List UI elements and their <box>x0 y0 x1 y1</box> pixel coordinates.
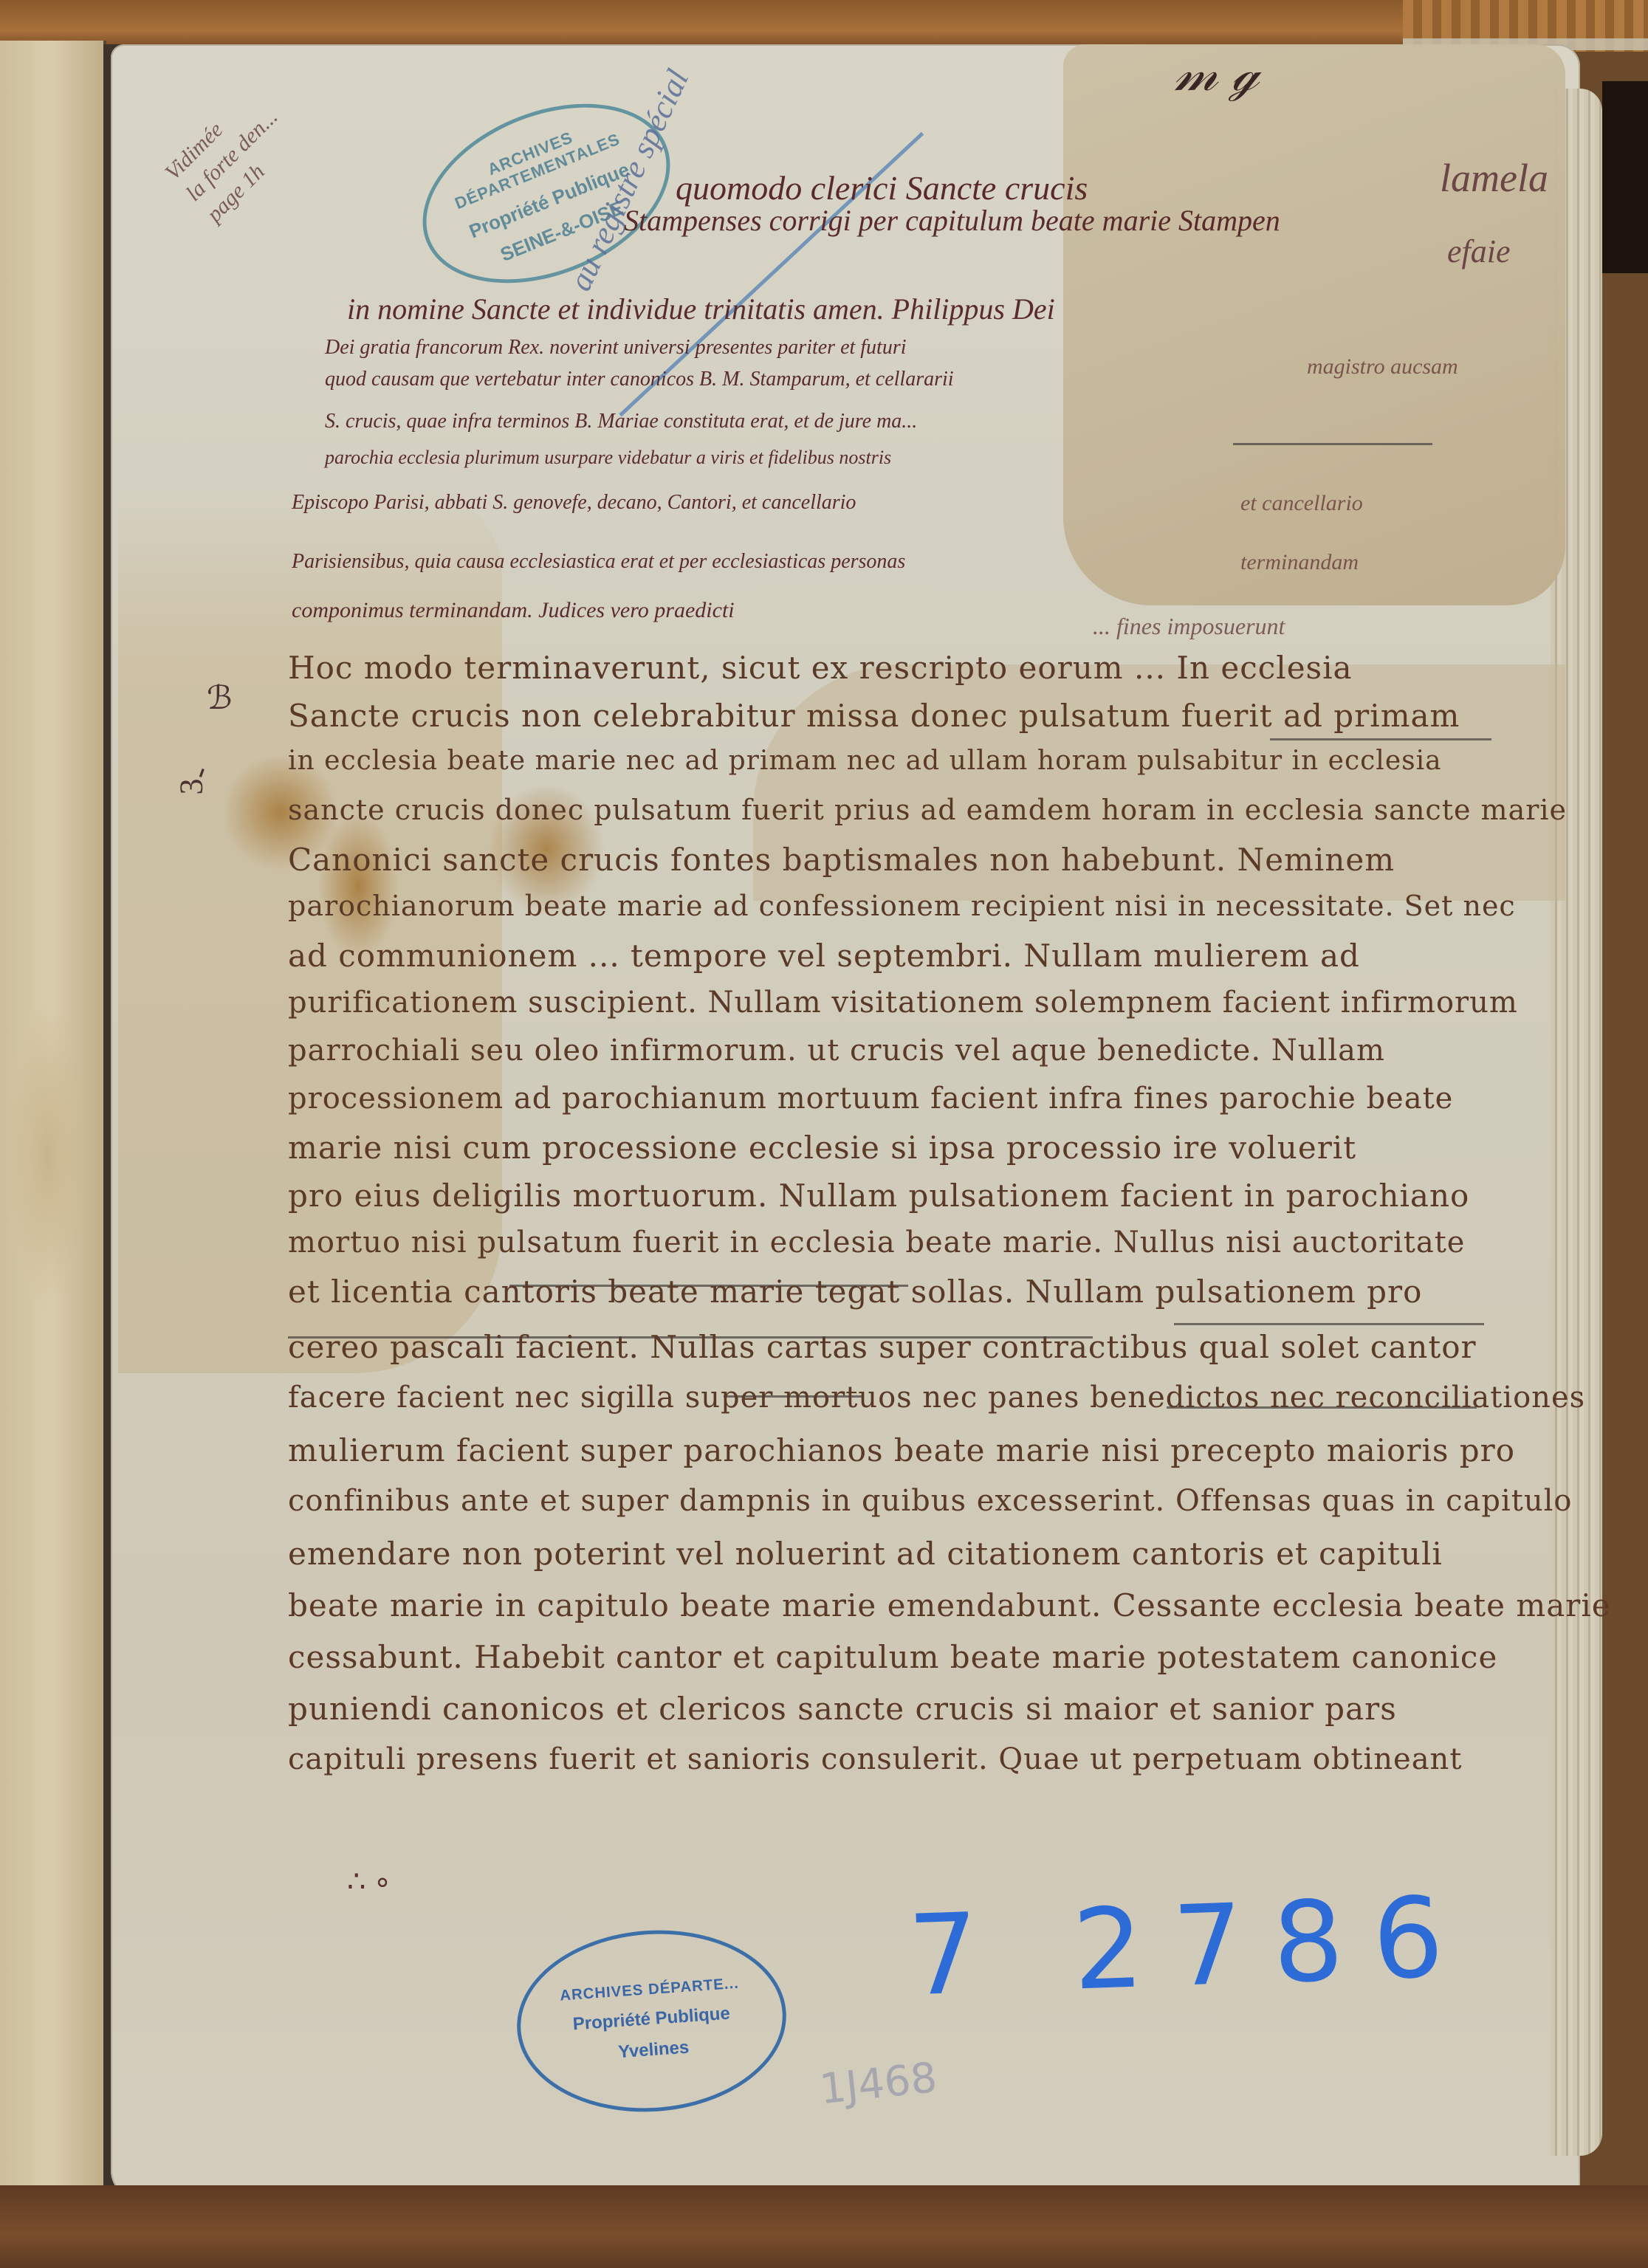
copy-text-line: parochia ecclesia plurimum usurpare vide… <box>325 447 891 469</box>
manuscript-line: puniendi canonicos et clericos sancte cr… <box>288 1691 1397 1727</box>
copy-text-line: Dei gratia francorum Rex. noverint unive… <box>325 336 907 360</box>
copy-fragment: magistro aucsam <box>1307 354 1458 379</box>
manuscript-line: marie nisi cum processione ecclesie si i… <box>288 1130 1356 1166</box>
margin-mark: ℬ <box>207 679 233 717</box>
copy-fragment: terminandam <box>1240 550 1359 575</box>
copy-text-line: Parisiensibus, quia causa ecclesiastica … <box>292 550 905 574</box>
copy-text-line: S. crucis, quae infra terminos B. Mariae… <box>325 410 917 433</box>
manuscript-line: Sancte crucis non celebrabitur missa don… <box>288 698 1460 734</box>
heading-right-word-2: efaie <box>1447 233 1511 270</box>
stamp-line: ARCHIVES DÉPARTE... <box>560 1976 740 2005</box>
manuscript-line: mulierum facient super parochianos beate… <box>288 1432 1515 1468</box>
manuscript-line: in ecclesia beate marie nec ad primam ne… <box>288 746 1442 776</box>
manuscript-line: processionem ad parochianum mortuum faci… <box>288 1082 1453 1116</box>
stamp-line: Propriété Publique <box>572 2004 731 2035</box>
adjacent-volume <box>0 41 106 2204</box>
flourish-scribble: 𝓂 ℊ <box>1174 44 1329 170</box>
manuscript-line: cereo pascali facient. Nullas cartas sup… <box>288 1329 1477 1365</box>
manuscript-line: confinibus ante et super dampnis in quib… <box>288 1484 1573 1518</box>
call-number: 7 2786 <box>906 1873 1474 2021</box>
margin-mark: 3 <box>173 779 210 795</box>
manuscript-line: ad communionem ... tempore vel septembri… <box>288 938 1360 974</box>
manuscript-line: beate marie in capitulo beate marie emen… <box>288 1587 1611 1623</box>
heading-right-word: lamela <box>1440 155 1548 201</box>
manuscript-line: sancte crucis donec pulsatum fuerit priu… <box>288 794 1567 826</box>
copy-text-line: quod causam que vertebatur inter canonic… <box>325 368 954 391</box>
copy-fragment: et cancellario <box>1240 491 1363 516</box>
manuscript-line: purificationem suscipient. Nullam visita… <box>288 986 1518 1020</box>
manuscript-line: emendare non poterint vel noluerint ad c… <box>288 1536 1443 1572</box>
rule-line <box>1270 738 1491 740</box>
copy-text-line: componimus terminandam. Judices vero pra… <box>292 598 735 623</box>
manuscript-line: facere facient nec sigilla super mortuos… <box>288 1381 1585 1415</box>
copy-text-line: Episcopo Parisi, abbati S. genovefe, dec… <box>292 491 856 515</box>
manuscript-line: cessabunt. Habebit cantor et capitulum b… <box>288 1639 1497 1675</box>
manuscript-line: Canonici sancte crucis fontes baptismale… <box>288 842 1395 878</box>
manuscript-line: parrochiali seu oleo infirmorum. ut cruc… <box>288 1034 1385 1068</box>
manuscript-line: mortuo nisi pulsatum fuerit in ecclesia … <box>288 1226 1465 1260</box>
manuscript-line: capituli presens fuerit et sanioris cons… <box>288 1742 1462 1776</box>
copy-text-line: in nomine Sancte et individue trinitatis… <box>347 292 1055 326</box>
heading-line-1: quomodo clerici Sancte crucis <box>676 168 1088 207</box>
manuscript-line: Hoc modo terminaverunt, sicut ex rescrip… <box>288 650 1353 686</box>
manuscript-line: et licentia cantoris beate marie tegat s… <box>288 1274 1422 1310</box>
stain <box>7 1000 89 1310</box>
manuscript-line: pro eius deligilis mortuorum. Nullam pul… <box>288 1178 1469 1214</box>
heading-line-2: Stampenses corrigi per capitulum beate m… <box>624 203 1280 238</box>
copy-fragment: ... fines imposuerunt <box>1093 613 1285 640</box>
stamp-line: Yvelines <box>617 2038 690 2063</box>
manuscript-line: parochianorum beate marie ad confessione… <box>288 890 1516 922</box>
rule-line <box>1233 443 1432 445</box>
ink-dots: ∴ ∘ <box>347 1864 392 1899</box>
table-surface <box>0 2185 1648 2268</box>
shadow-gap <box>1602 81 1648 273</box>
rule-line <box>1174 1323 1484 1325</box>
